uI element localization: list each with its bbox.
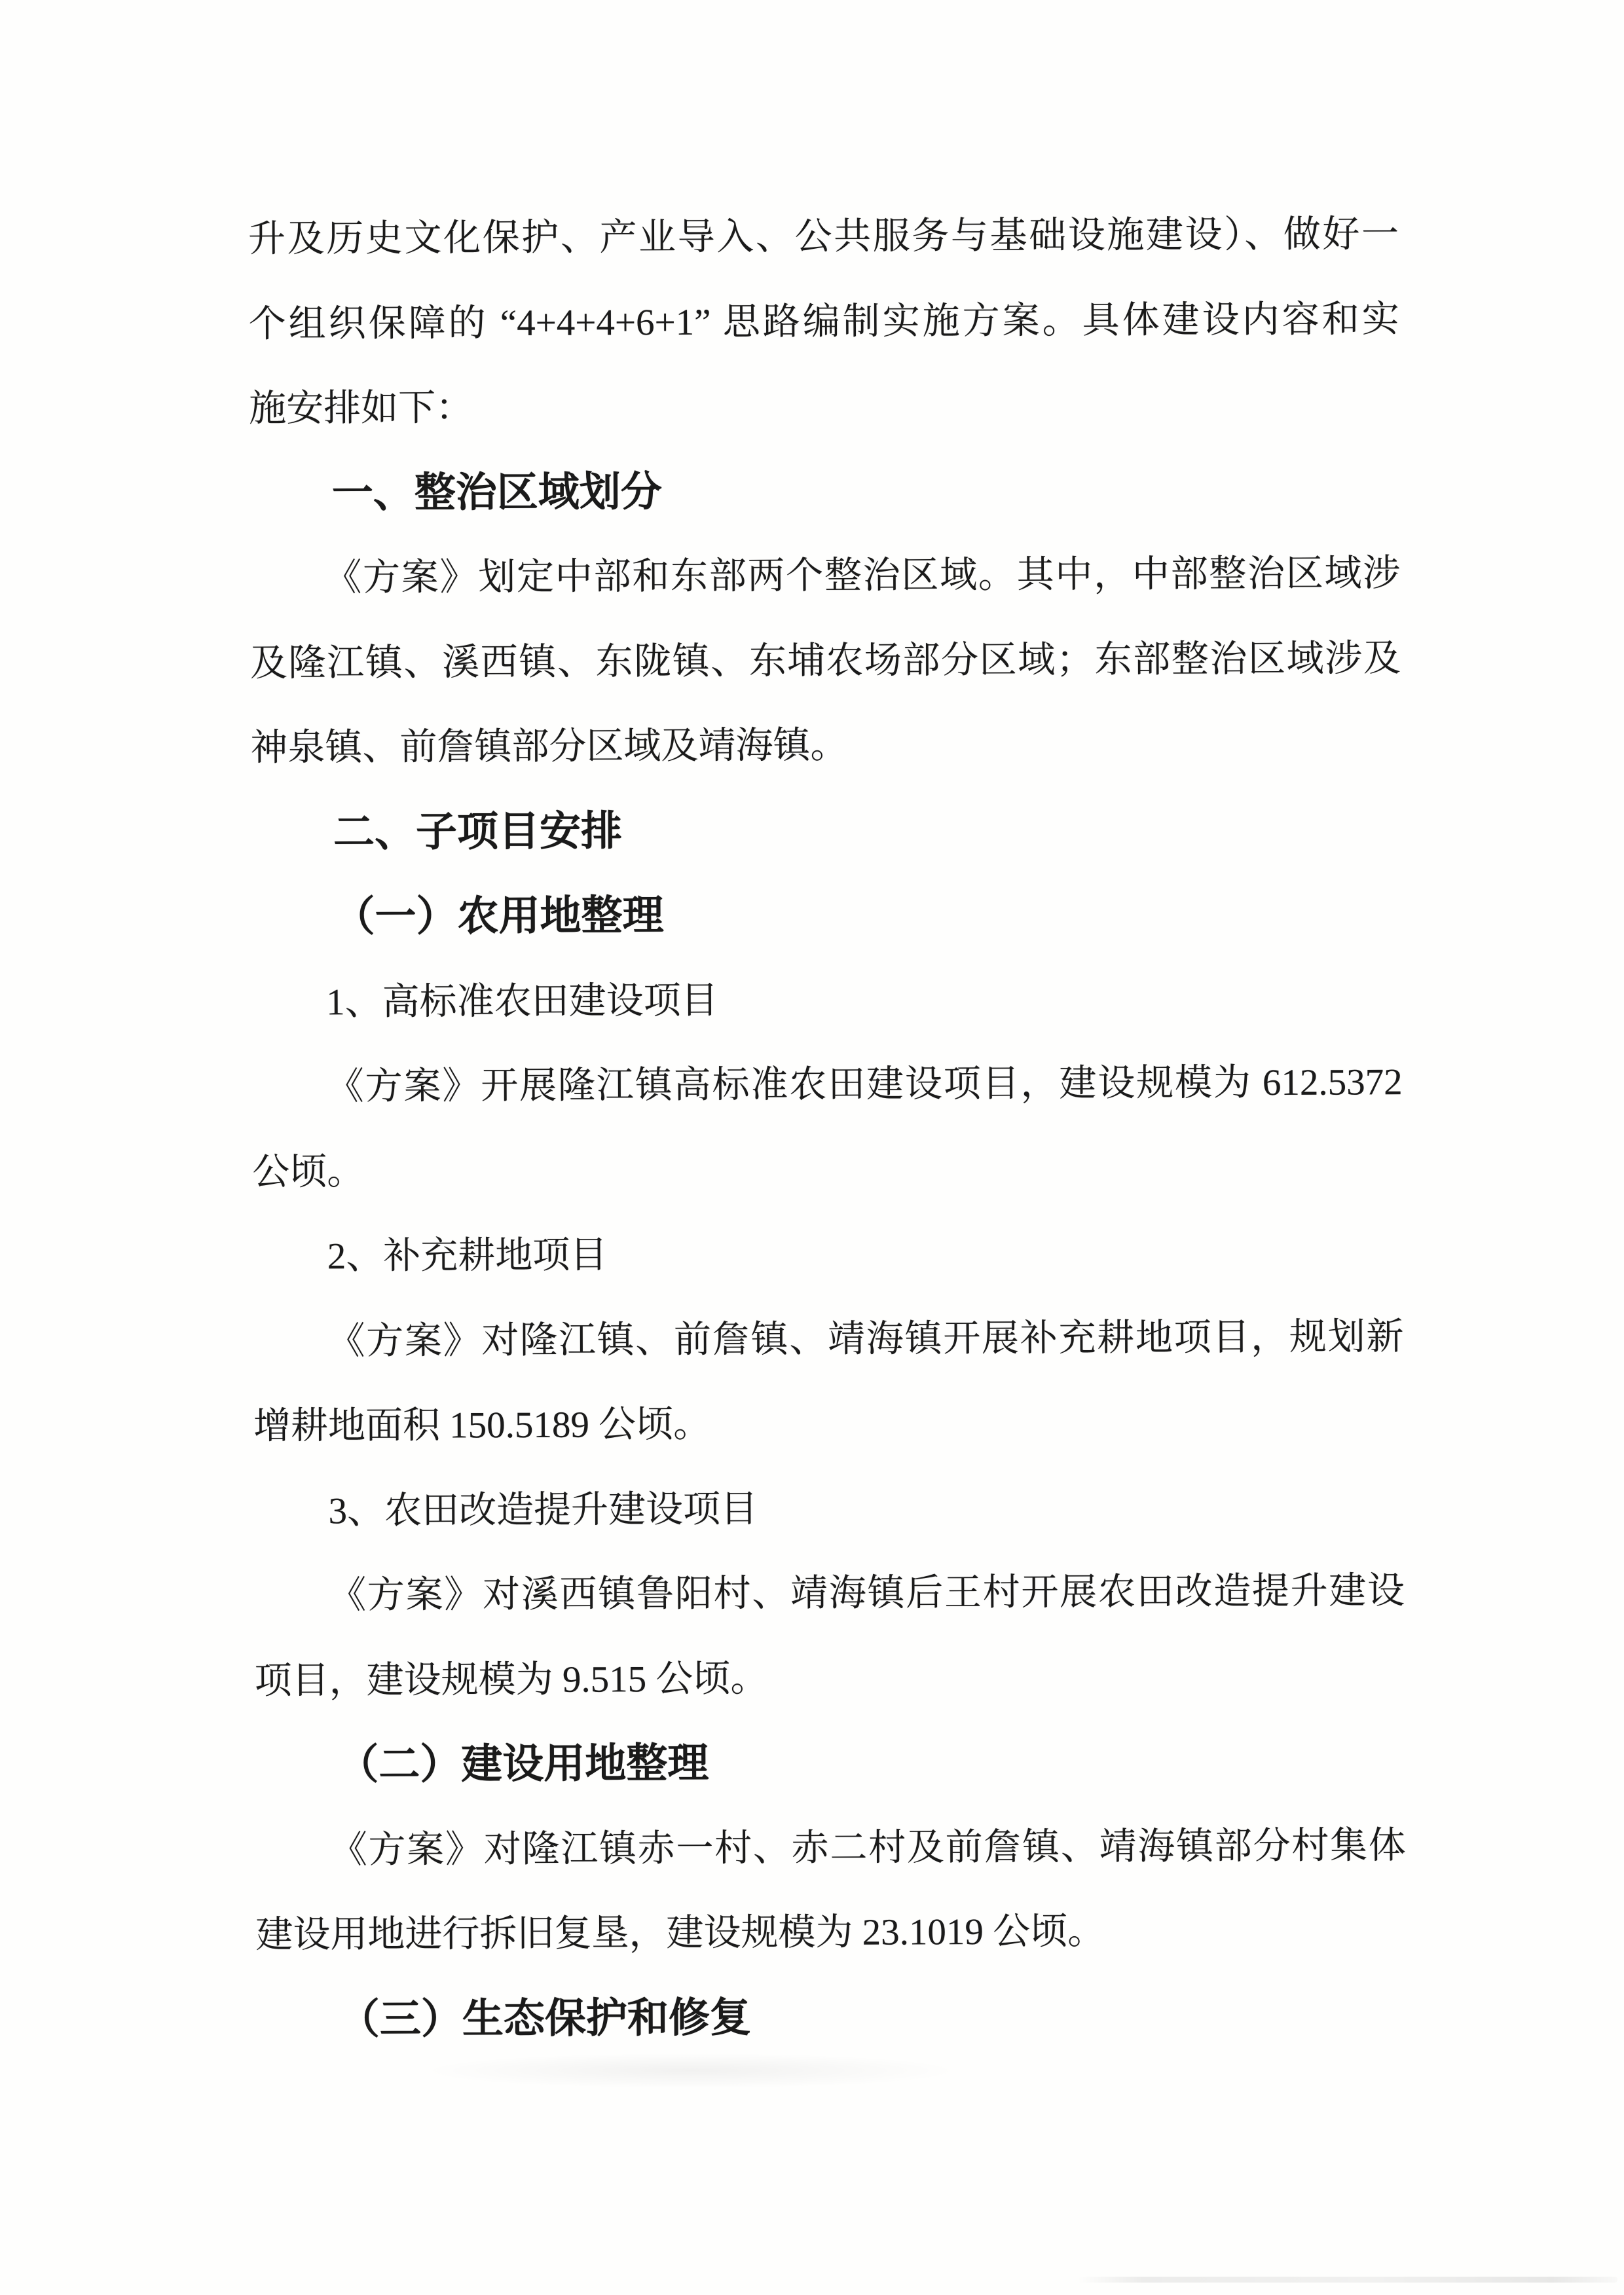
paragraph-line: 神泉镇、前詹镇部分区域及靖海镇。 [250, 701, 1401, 790]
item-heading-3: 3、农田改造提升建设项目 [253, 1464, 1405, 1554]
paragraph-line: 公顷。 [252, 1125, 1403, 1215]
document-body-text: 升及历史文化保护、产业导入、公共服务与基础设施建设）、做好一 个组织保障的 “4… [248, 192, 1407, 2063]
scanned-document-page: { "page": { "background_color": "#fefefd… [0, 0, 1624, 2295]
paragraph-line: 项目，建设规模为 9.515 公顷。 [254, 1634, 1405, 1723]
paragraph-line: 及隆江镇、溪西镇、东陇镇、东埔农场部分区域；东部整治区域涉及 [250, 616, 1401, 706]
scan-smudge-artifact [419, 2053, 963, 2089]
item-heading-1: 1、高标准农田建设项目 [251, 955, 1403, 1045]
paragraph-line: 施安排如下： [249, 361, 1400, 451]
paragraph-line: 《方案》对溪西镇鲁阳村、靖海镇后王村开展农田改造提升建设 [254, 1549, 1405, 1638]
section-heading-1: 一、整治区域划分 [249, 447, 1400, 536]
paragraph-line: 《方案》开展隆江镇高标准农田建设项目，建设规模为 612.5372 [251, 1040, 1403, 1129]
item-heading-2: 2、补充耕地项目 [253, 1209, 1404, 1299]
paragraph-line: 升及历史文化保护、产业导入、公共服务与基础设施建设）、做好一 [248, 192, 1399, 282]
paragraph-line: 《方案》对隆江镇、前詹镇、靖海镇开展补充耕地项目，规划新 [253, 1294, 1404, 1384]
subsection-heading-2-3: （三）生态保护和修复 [256, 1973, 1407, 2063]
subsection-heading-2-2: （二）建设用地整理 [255, 1718, 1406, 1808]
paragraph-line: 建设用地进行拆旧复垦，建设规模为 23.1019 公顷。 [255, 1888, 1407, 1977]
paragraph-line: 增耕地面积 150.5189 公顷。 [253, 1379, 1405, 1469]
section-heading-2: 二、子项目安排 [251, 786, 1402, 875]
paragraph-line: 个组织保障的 “4+4+4+6+1” 思路编制实施方案。具体建设内容和实 [248, 277, 1399, 367]
subsection-heading-2-1: （一）农用地整理 [251, 870, 1402, 960]
paragraph-line: 《方案》划定中部和东部两个整治区域。其中，中部整治区域涉 [249, 531, 1401, 621]
paragraph-line: 《方案》对隆江镇赤一村、赤二村及前詹镇、靖海镇部分村集体 [255, 1803, 1407, 1893]
scan-streak-artifact [1077, 2277, 1617, 2283]
